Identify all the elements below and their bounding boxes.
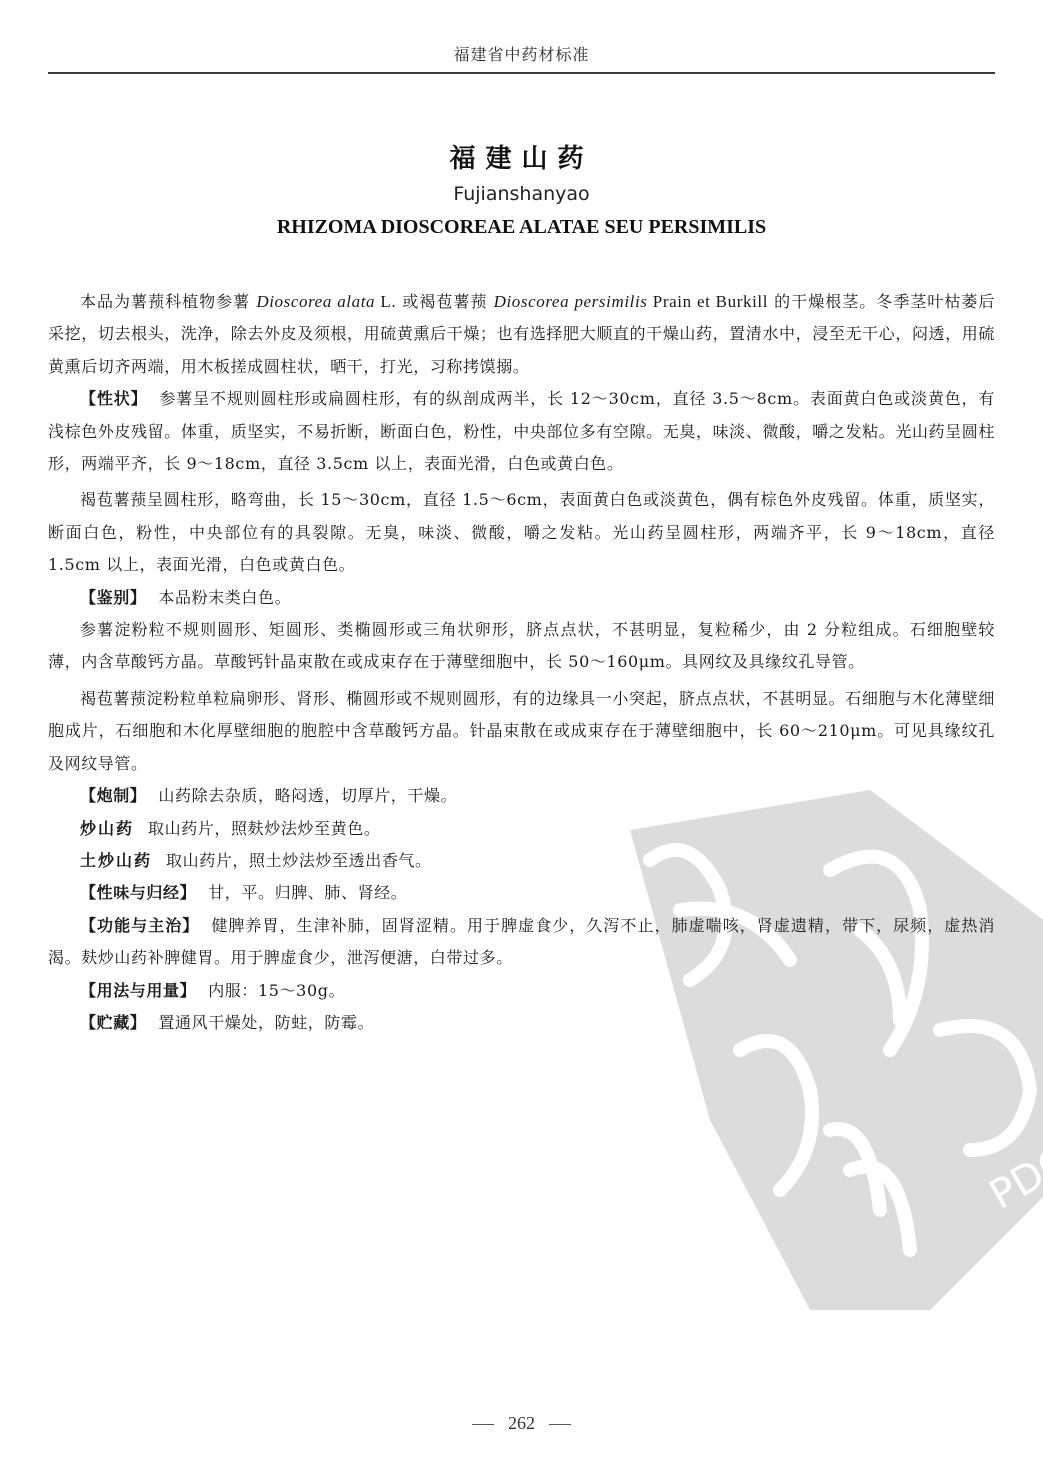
description-text-1: 参薯呈不规则圆柱形或扁圆柱形，有的纵剖成两半，长 12～30cm，直径 3.5～… bbox=[48, 389, 995, 473]
identification-text-1: 本品粉末类白色。 bbox=[158, 588, 291, 607]
processing-paragraph: 【炮制】山药除去杂质，略闷透，切厚片，干燥。 bbox=[48, 780, 995, 812]
processing-text: 山药除去杂质，略闷透，切厚片，干燥。 bbox=[158, 786, 457, 805]
functions-paragraph: 【功能与主治】健脾养胃，生津补肺，固肾涩精。用于脾虚食少，久泻不止，肺虚喘咳，肾… bbox=[48, 910, 995, 975]
section-label-processing: 【炮制】 bbox=[80, 786, 146, 805]
nature-meridian-paragraph: 【性味与归经】甘，平。归脾、肺、肾经。 bbox=[48, 877, 995, 909]
processing-item-earth-fried: 土炒山药取山药片，照土炒法炒至透出香气。 bbox=[48, 845, 995, 877]
processing-item-text: 取山药片，照麸炒法炒至黄色。 bbox=[148, 819, 380, 838]
species-author-persimilis: Prain et Burkill bbox=[648, 292, 769, 311]
section-label-description: 【性状】 bbox=[80, 389, 147, 408]
section-label-dosage: 【用法与用量】 bbox=[80, 981, 196, 1000]
running-head: 福建省中药材标准 bbox=[0, 42, 1043, 65]
intro-text-1: 本品为薯蓣科植物参薯 bbox=[80, 292, 256, 311]
identification-text-3: 褐苞薯蓣淀粉粒单粒扁卵形、肾形、椭圆形或不规则圆形，有的边缘具一小突起，脐点点状… bbox=[48, 689, 995, 773]
species-author-alata: L. bbox=[375, 292, 396, 311]
svg-text:PDG: PDG bbox=[982, 1136, 1043, 1219]
page-number-dash-left bbox=[472, 1424, 494, 1425]
section-label-storage: 【贮藏】 bbox=[80, 1013, 146, 1032]
identification-paragraph-2: 参薯淀粉粒不规则圆形、矩圆形、类椭圆形或三角状卵形，脐点点状，不甚明显，复粒稀少… bbox=[48, 614, 995, 679]
description-paragraph-1: 【性状】参薯呈不规则圆柱形或扁圆柱形，有的纵剖成两半，长 12～30cm，直径 … bbox=[48, 383, 995, 480]
section-label-nature-meridian: 【性味与归经】 bbox=[80, 883, 196, 902]
storage-paragraph: 【贮藏】置通风干燥处，防蛀，防霉。 bbox=[48, 1007, 995, 1039]
processing-item-stir-fried: 炒山药取山药片，照麸炒法炒至黄色。 bbox=[48, 813, 995, 845]
dosage-text: 内服：15～30g。 bbox=[208, 981, 345, 1000]
intro-paragraph: 本品为薯蓣科植物参薯 Dioscorea alata L. 或褐苞薯蓣 Dios… bbox=[48, 286, 995, 383]
monograph-body: 本品为薯蓣科植物参薯 Dioscorea alata L. 或褐苞薯蓣 Dios… bbox=[48, 286, 995, 1039]
species-name-alata: Dioscorea alata bbox=[256, 292, 375, 311]
page-number-dash-right bbox=[549, 1424, 571, 1425]
monograph-pinyin: Fujianshanyao bbox=[0, 183, 1043, 205]
monograph-title: 福建山药 bbox=[0, 138, 1043, 175]
description-paragraph-2: 褐苞薯蓣呈圆柱形，略弯曲，长 15～30cm，直径 1.5～6cm，表面黄白色或… bbox=[48, 484, 995, 581]
dosage-paragraph: 【用法与用量】内服：15～30g。 bbox=[48, 975, 995, 1007]
storage-text: 置通风干燥处，防蛀，防霉。 bbox=[158, 1013, 374, 1032]
identification-text-2: 参薯淀粉粒不规则圆形、矩圆形、类椭圆形或三角状卵形，脐点点状，不甚明显，复粒稀少… bbox=[48, 620, 995, 671]
intro-text-2: 或褐苞薯蓣 bbox=[396, 292, 493, 311]
species-name-persimilis: Dioscorea persimilis bbox=[494, 292, 648, 311]
page-number: 262 bbox=[0, 1413, 1043, 1434]
identification-paragraph-1: 【鉴别】本品粉末类白色。 bbox=[48, 582, 995, 614]
processing-item-text: 取山药片，照土炒法炒至透出香气。 bbox=[166, 851, 432, 870]
identification-paragraph-3: 褐苞薯蓣淀粉粒单粒扁卵形、肾形、椭圆形或不规则圆形，有的边缘具一小突起，脐点点状… bbox=[48, 683, 995, 780]
section-label-functions: 【功能与主治】 bbox=[80, 916, 199, 935]
processing-item-label: 炒山药 bbox=[80, 819, 134, 838]
header-rule bbox=[48, 72, 995, 74]
page-number-value: 262 bbox=[508, 1413, 535, 1433]
section-label-identification: 【鉴别】 bbox=[80, 588, 146, 607]
monograph-latin-name: RHIZOMA DIOSCOREAE ALATAE SEU PERSIMILIS bbox=[0, 216, 1043, 239]
processing-item-label: 土炒山药 bbox=[80, 851, 152, 870]
nature-meridian-text: 甘，平。归脾、肺、肾经。 bbox=[208, 883, 407, 902]
description-text-2: 褐苞薯蓣呈圆柱形，略弯曲，长 15～30cm，直径 1.5～6cm，表面黄白色或… bbox=[48, 490, 995, 574]
